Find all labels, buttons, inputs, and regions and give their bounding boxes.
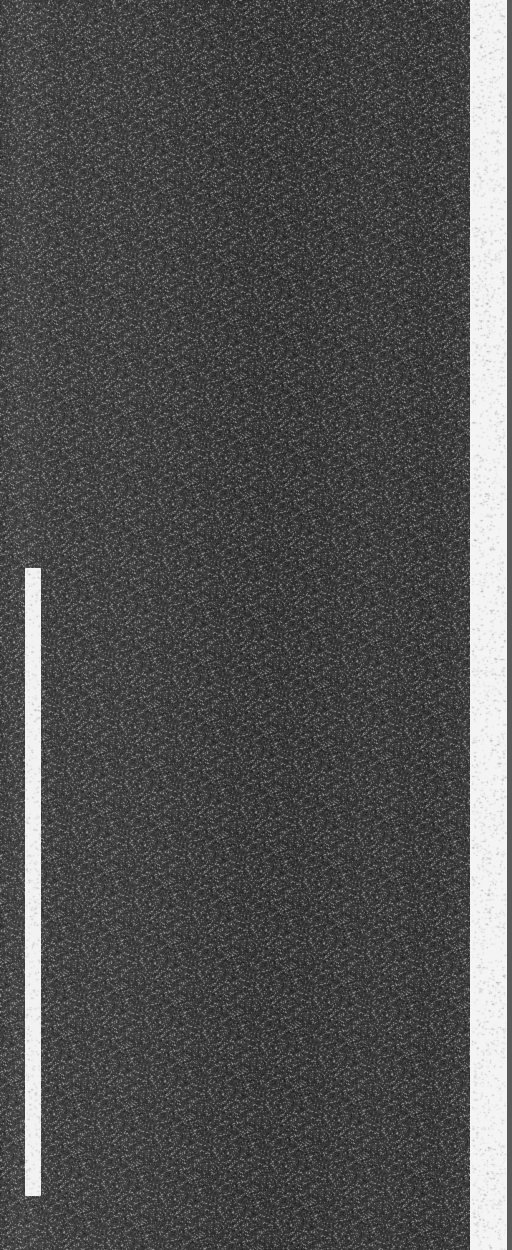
road-shoulder-strip [507, 0, 512, 1250]
road-scene [0, 0, 512, 1250]
left-lane-dash [25, 568, 41, 1196]
right-edge-line [470, 0, 507, 1250]
asphalt-surface [0, 0, 512, 1250]
